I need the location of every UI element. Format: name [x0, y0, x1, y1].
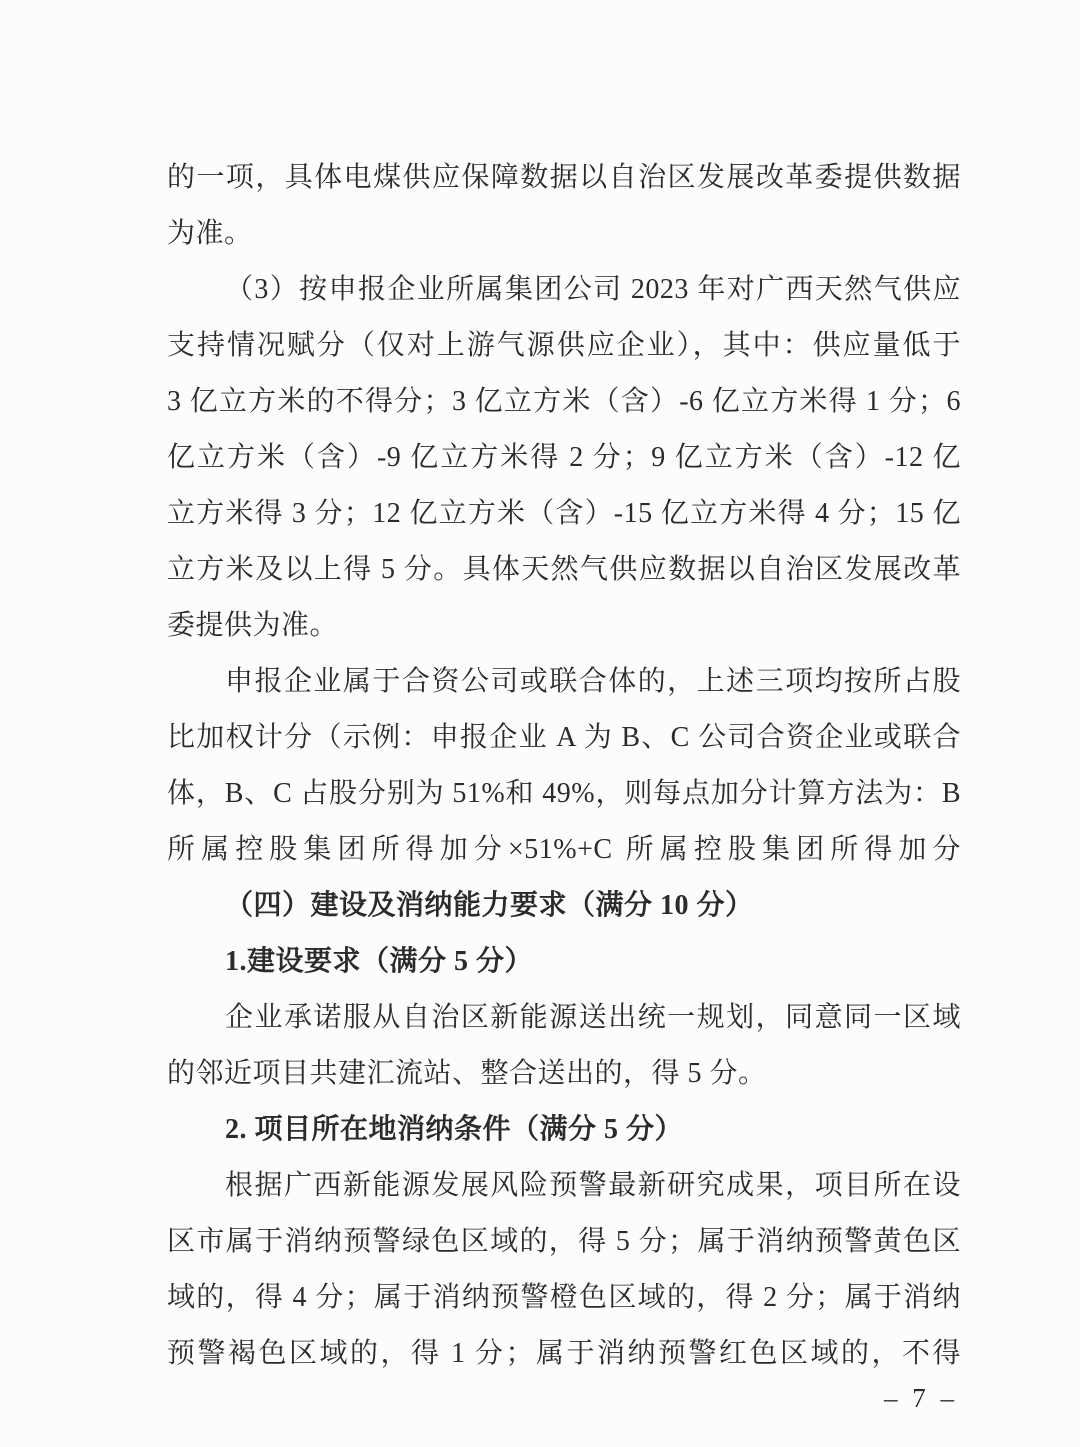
text-line: 所属控股集团所得加分×51%+C 所属控股集团所得加分×49%）。 [167, 822, 961, 878]
text-line: 的一项，具体电煤供应保障数据以自治区发展改革委提供数据 [167, 150, 961, 206]
text-line: 比加权计分（示例：申报企业 A 为 B、C 公司合资企业或联合 [167, 710, 961, 766]
text-line: 域的，得 4 分；属于消纳预警橙色区域的，得 2 分；属于消纳 [167, 1270, 961, 1326]
text-line: 申报企业属于合资公司或联合体的，上述三项均按所占股 [167, 654, 961, 710]
text-line: 区市属于消纳预警绿色区域的，得 5 分；属于消纳预警黄色区 [167, 1214, 961, 1270]
document-page: { "page": { "colors": { "background": "#… [0, 0, 1080, 1447]
text-line: 委提供为准。 [167, 598, 961, 654]
text-line: （3）按申报企业所属集团公司 2023 年对广西天然气供应 [167, 262, 961, 318]
text-line: 3 亿立方米的不得分；3 亿立方米（含）-6 亿立方米得 1 分；6 [167, 374, 961, 430]
page-number: – 7 – [884, 1383, 958, 1414]
text-line: 为准。 [167, 206, 961, 262]
text-line: 1.建设要求（满分 5 分） [167, 934, 961, 990]
text-line: 亿立方米（含）-9 亿立方米得 2 分；9 亿立方米（含）-12 亿 [167, 430, 961, 486]
text-line: 立方米及以上得 5 分。具体天然气供应数据以自治区发展改革 [167, 542, 961, 598]
text-line: 支持情况赋分（仅对上游气源供应企业），其中：供应量低于 [167, 318, 961, 374]
text-line: 的邻近项目共建汇流站、整合送出的，得 5 分。 [167, 1046, 961, 1102]
text-line: 立方米得 3 分；12 亿立方米（含）-15 亿立方米得 4 分；15 亿 [167, 486, 961, 542]
text-line: 2. 项目所在地消纳条件（满分 5 分） [167, 1102, 961, 1158]
text-line: 预警褐色区域的，得 1 分；属于消纳预警红色区域的，不得分。 [167, 1326, 961, 1382]
text-line: 企业承诺服从自治区新能源送出统一规划，同意同一区域 [167, 990, 961, 1046]
document-text: 的一项，具体电煤供应保障数据以自治区发展改革委提供数据为准。（3）按申报企业所属… [167, 150, 961, 1382]
text-line: 根据广西新能源发展风险预警最新研究成果，项目所在设 [167, 1158, 961, 1214]
text-line: （四）建设及消纳能力要求（满分 10 分） [167, 878, 961, 934]
text-line: 体，B、C 占股分别为 51%和 49%，则每点加分计算方法为：B [167, 766, 961, 822]
